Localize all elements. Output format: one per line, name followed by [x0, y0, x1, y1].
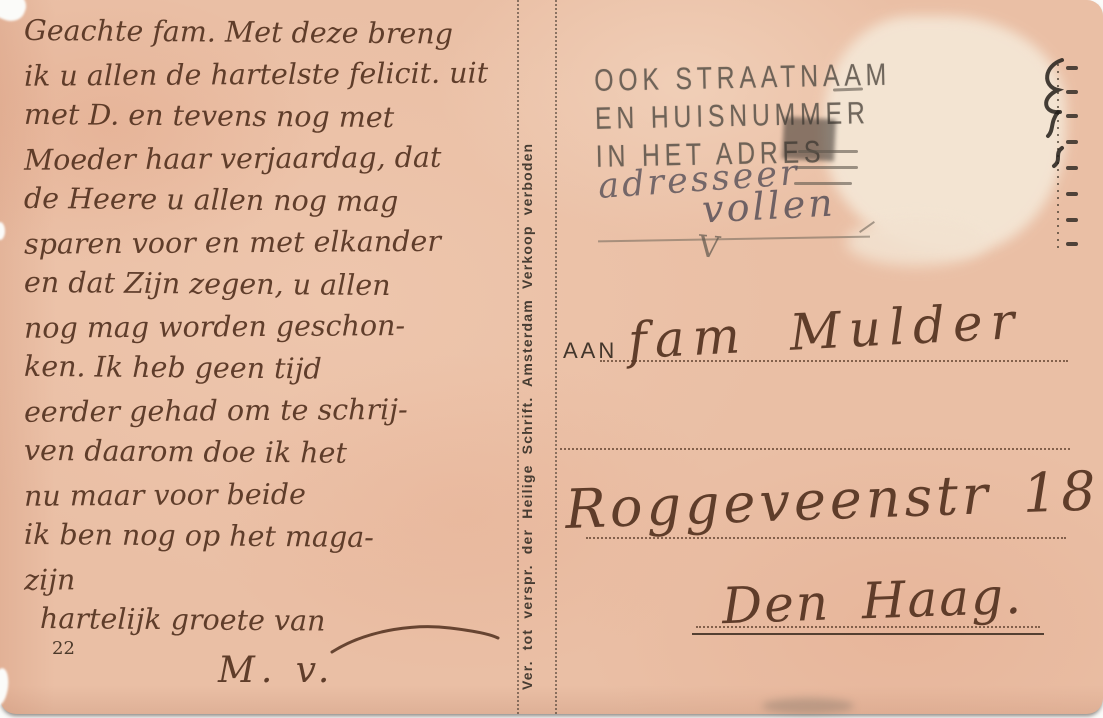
message-line: en dat Zijn zegen, u allen	[24, 262, 510, 308]
check-mark: V	[696, 229, 721, 266]
edge-pen-marks	[1028, 52, 1100, 262]
bottom-smudge	[762, 698, 854, 714]
cancellation-dash	[798, 150, 858, 153]
signature-flourish-stroke	[330, 618, 500, 658]
message-line: nog mag worden geschon-	[24, 304, 510, 349]
postmark-handwritten-word-2: vollen	[701, 181, 837, 232]
cancellation-dash	[796, 166, 858, 169]
message-line: de Heere u allen nog mag	[24, 178, 510, 224]
divider-rule-right	[555, 0, 557, 714]
message-line: ken. Ik heb geen tijd	[24, 346, 510, 392]
message-line: ik ben nog op het maga-	[24, 514, 510, 560]
message-line: met D. en tevens nog met	[24, 94, 510, 140]
postmark-slogan-line: OOK STRAATNAAM	[594, 56, 892, 100]
message-line: nu maar voor beide	[24, 472, 510, 517]
message-line: ik u allen de hartelste felicit. uit	[24, 52, 510, 97]
address-line-2-rule	[560, 448, 1070, 450]
message-line: Geachte fam. Met deze breng	[24, 10, 510, 56]
publisher-imprint: Ver. tot verspr. der Heilige Schrift. Am…	[519, 0, 555, 714]
handwritten-message: Geachte fam. Met deze breng ik u allen d…	[24, 12, 510, 642]
city-name: Den Haag.	[721, 567, 1024, 635]
recipient-name: fam Mulder	[627, 292, 1024, 371]
postcard-back: Geachte fam. Met deze breng ik u allen d…	[0, 0, 1103, 714]
message-line: zijn	[24, 556, 510, 601]
message-line: sparen voor en met elkander	[24, 220, 510, 265]
postmark-slogan-line: EN HUISNUMMER	[595, 94, 893, 138]
street-address: Roggeveenstr 187	[564, 458, 1103, 541]
plate-number: 22	[52, 638, 75, 659]
message-line: eerder gehad om te schrij-	[24, 388, 510, 433]
message-line: ven daarom doe ik het	[24, 430, 510, 476]
postcard-photo: Geachte fam. Met deze breng ik u allen d…	[0, 0, 1103, 718]
signature: M. v.	[218, 650, 335, 691]
pencil-underline	[598, 236, 870, 243]
message-line: Moeder haar verjaardag, dat	[24, 136, 510, 181]
publisher-imprint-text: Ver. tot verspr. der Heilige Schrift. Am…	[519, 0, 535, 714]
